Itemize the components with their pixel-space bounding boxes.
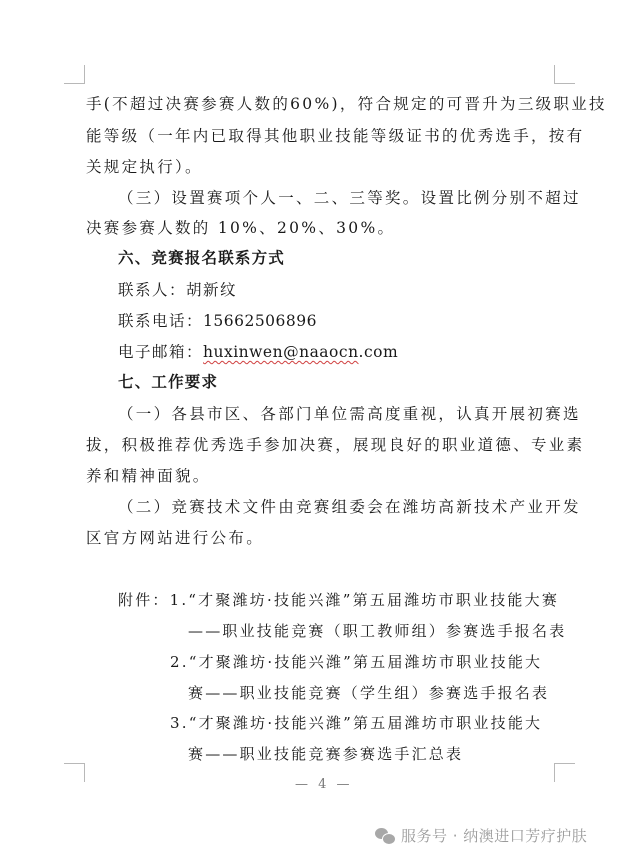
attachment-line: 2.“才聚潍坊·技能兴潍”第五届潍坊市职业技能大	[170, 652, 542, 672]
page-corner-mark-bottom-left	[64, 763, 85, 782]
page-corner-mark-top-left	[64, 65, 85, 84]
paragraph-line: （二）竞赛技术文件由竞赛组委会在潍坊高新技术产业开发	[118, 497, 581, 517]
section-heading-contact: 六、竞赛报名联系方式	[118, 248, 285, 268]
contact-phone: 联系电话：15662506896	[118, 311, 317, 331]
paragraph-line: 养和精神面貌。	[86, 466, 211, 486]
attachment-line: 赛——职业技能竞赛（学生组）参赛选手报名表	[188, 683, 549, 703]
watermark-text: 服务号 · 纳澳进口芳疗护肤	[401, 825, 587, 846]
page-corner-mark-top-right	[554, 65, 575, 84]
paragraph-line: （一）各县市区、各部门单位需高度重视，认真开展初赛选	[118, 404, 581, 424]
wechat-icon	[375, 828, 395, 844]
paragraph-line: （三）设置赛项个人一、二、三等奖。设置比例分别不超过	[118, 188, 581, 208]
paragraph-line: 关规定执行）。	[86, 157, 203, 177]
paragraph-line: 区官方网站进行公布。	[86, 528, 264, 548]
paragraph-line: 手(不超过决赛参赛人数的60%)，符合规定的可晋升为三级职业技	[86, 94, 607, 114]
attachment-line: 赛——职业技能竞赛参赛选手汇总表	[188, 744, 463, 764]
attachment-line: ——职业技能竞赛（职工教师组）参赛选手报名表	[188, 621, 566, 641]
section-heading-requirements: 七、工作要求	[118, 372, 218, 392]
email-tld: .com	[359, 343, 399, 361]
contact-person: 联系人：胡新纹	[118, 280, 237, 300]
email-address[interactable]: huxinwen@naaocn	[203, 343, 359, 361]
page-number: — 4 —	[295, 777, 353, 792]
phone-label: 联系电话：	[118, 312, 203, 330]
watermark: 服务号 · 纳澳进口芳疗护肤	[375, 825, 587, 846]
paragraph-line: 拔，积极推荐优秀选手参加决赛，展现良好的职业道德、专业素	[86, 435, 584, 455]
attachment-line: 3.“才聚潍坊·技能兴潍”第五届潍坊市职业技能大	[170, 713, 542, 733]
paragraph-line: 能等级（一年内已取得其他职业技能等级证书的优秀选手，按有	[86, 126, 584, 146]
attachment-line: 附件：1.“才聚潍坊·技能兴潍”第五届潍坊市职业技能大赛	[118, 590, 559, 610]
paragraph-line: 决赛参赛人数的 10%、20%、30%。	[86, 218, 395, 238]
page-corner-mark-bottom-right	[554, 763, 575, 782]
phone-number: 15662506896	[203, 312, 317, 330]
email-label: 电子邮箱：	[118, 343, 203, 361]
contact-email: 电子邮箱：huxinwen@naaocn.com	[118, 342, 398, 362]
